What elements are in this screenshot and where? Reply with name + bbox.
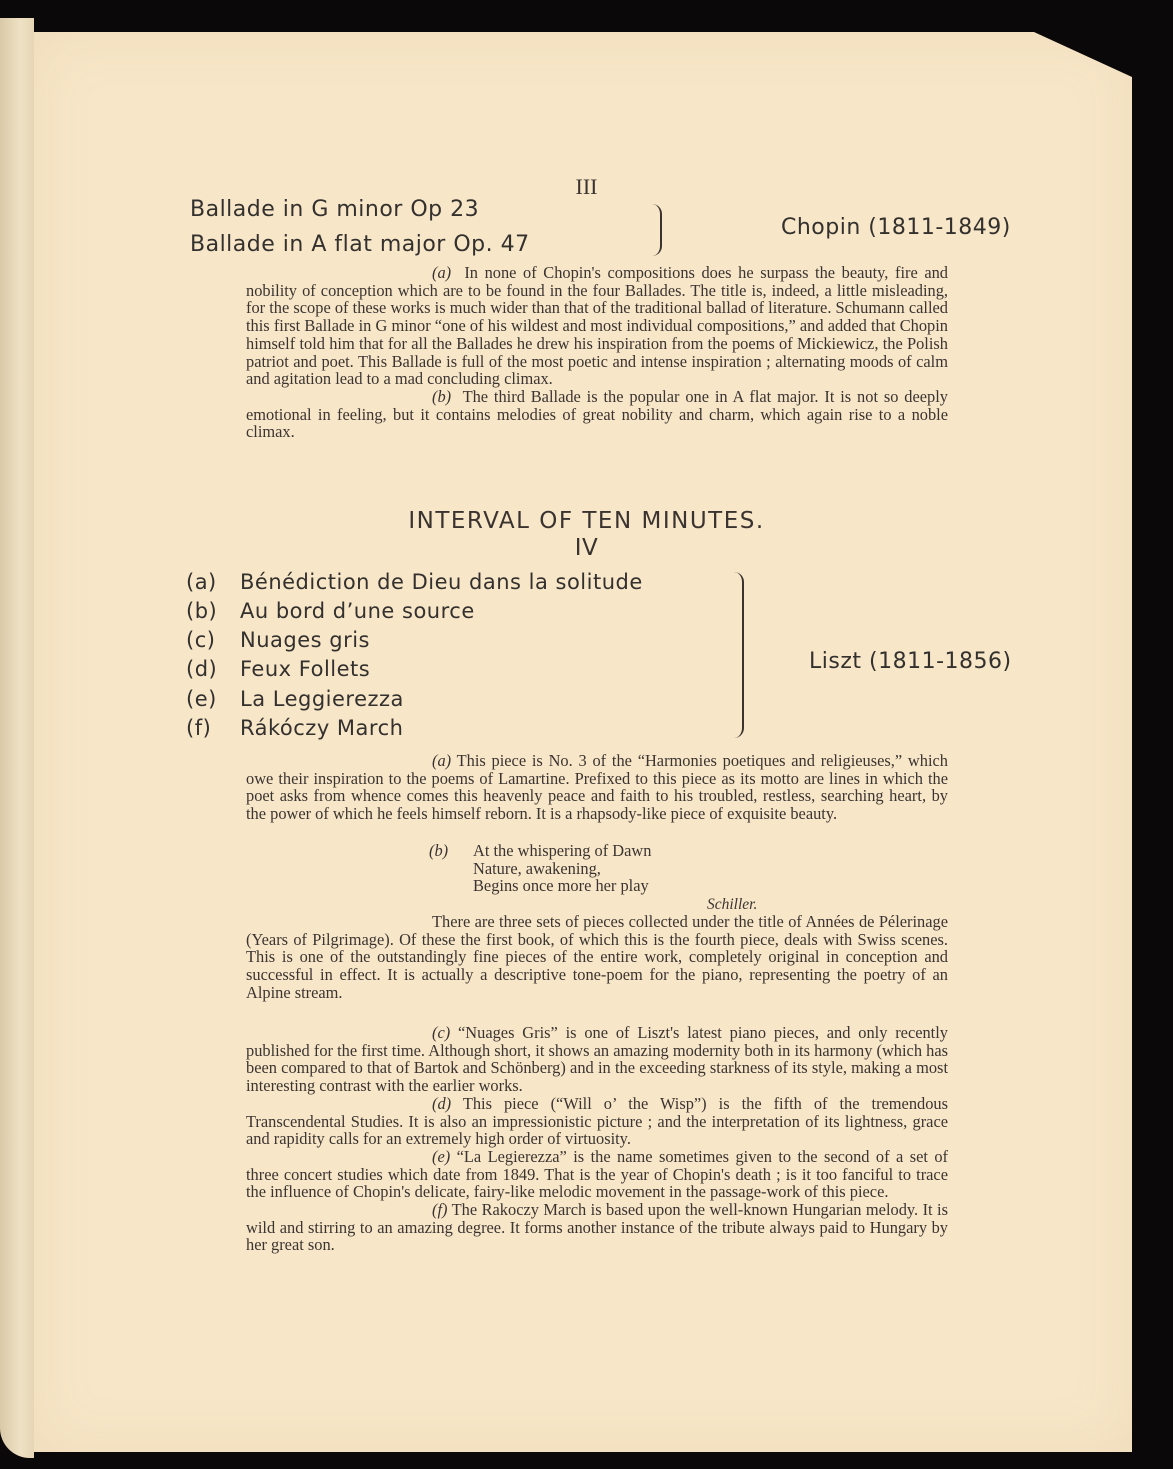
liszt-work-f: (f)Rákóczy March — [186, 716, 403, 740]
work-tag: (a) — [186, 570, 240, 594]
liszt-work-e: (e)La Leggierezza — [186, 687, 404, 711]
notes-section-iii: (a) In none of Chopin's compositions doe… — [246, 264, 948, 441]
note-label: (b) — [432, 387, 451, 406]
note-iv-d: (d) This piece (“Will o’ the Wisp”) is t… — [246, 1095, 948, 1148]
note-text: The Rakoczy March is based upon the well… — [246, 1200, 948, 1254]
liszt-work-b: (b)Au bord d’une source — [186, 599, 475, 623]
note-text: This piece (“Will o’ the Wisp”) is the f… — [246, 1094, 948, 1148]
page-content: III Ballade in G minor Op 23 Ballade in … — [0, 0, 1173, 1469]
work-tag: (d) — [186, 657, 240, 681]
note-label: (a) — [432, 263, 451, 282]
verse-line: Begins once more her play — [429, 877, 651, 895]
verse-line: At the whispering of Dawn — [473, 841, 651, 860]
work-title: Feux Follets — [240, 657, 370, 681]
work-title: Au bord d’une source — [240, 599, 475, 623]
note-label: (e) — [432, 1147, 450, 1166]
note-text: There are three sets of pieces collected… — [246, 913, 948, 1002]
work-title-ballade-g-minor: Ballade in G minor Op 23 — [190, 197, 479, 222]
note-iv-a: (a) This piece is No. 3 of the “Harmonie… — [246, 752, 948, 823]
liszt-work-a: (a)Bénédiction de Dieu dans la solitude — [186, 570, 643, 594]
work-tag: (c) — [186, 628, 240, 652]
note-iv-f: (f) The Rakoczy March is based upon the … — [246, 1201, 948, 1254]
note-iv-b-text: There are three sets of pieces collected… — [246, 913, 948, 1002]
brace-iii — [652, 204, 662, 256]
work-title: Rákóczy March — [240, 716, 403, 740]
note-label: (b) — [429, 842, 473, 860]
brace-iv — [734, 572, 744, 738]
note-text: In none of Chopin's compositions does he… — [246, 263, 948, 388]
section-numeral-iv: IV — [0, 535, 1173, 561]
work-title: La Leggierezza — [240, 687, 404, 711]
note-iv-b-verse: (b)At the whispering of Dawn Nature, awa… — [429, 842, 651, 895]
note-label: (c) — [432, 1023, 450, 1042]
note-label: (a) — [432, 751, 451, 770]
note-text: The third Ballade is the popular one in … — [246, 387, 948, 441]
note-label: (f) — [432, 1200, 447, 1219]
notes-iv-c-to-f: (c) “Nuages Gris” is one of Liszt's late… — [246, 1024, 948, 1254]
liszt-work-d: (d)Feux Follets — [186, 657, 370, 681]
note-iv-e: (e) “La Legierezza” is the name sometime… — [246, 1148, 948, 1201]
interval-heading: INTERVAL OF TEN MINUTES. — [0, 508, 1173, 534]
note-label: (d) — [432, 1094, 451, 1113]
note-text: “La Legierezza” is the name sometimes gi… — [246, 1147, 948, 1201]
note-iii-b: (b) The third Ballade is the popular one… — [246, 388, 948, 441]
work-title: Nuages gris — [240, 628, 370, 652]
note-iv-c: (c) “Nuages Gris” is one of Liszt's late… — [246, 1024, 948, 1095]
note-text: This piece is No. 3 of the “Harmonies po… — [246, 751, 948, 823]
note-text: “Nuages Gris” is one of Liszt's latest p… — [246, 1023, 948, 1095]
work-tag: (b) — [186, 599, 240, 623]
note-iii-a: (a) In none of Chopin's compositions doe… — [246, 264, 948, 388]
work-tag: (f) — [186, 716, 240, 740]
composer-liszt: Liszt (1811-1856) — [809, 649, 1012, 674]
liszt-work-c: (c)Nuages gris — [186, 628, 370, 652]
section-numeral-iii: III — [0, 174, 1173, 200]
work-title-ballade-a-flat: Ballade in A flat major Op. 47 — [190, 232, 530, 257]
composer-chopin: Chopin (1811-1849) — [781, 215, 1011, 240]
verse-line: Nature, awakening, — [429, 860, 651, 878]
work-tag: (e) — [186, 687, 240, 711]
work-title: Bénédiction de Dieu dans la solitude — [240, 570, 643, 594]
